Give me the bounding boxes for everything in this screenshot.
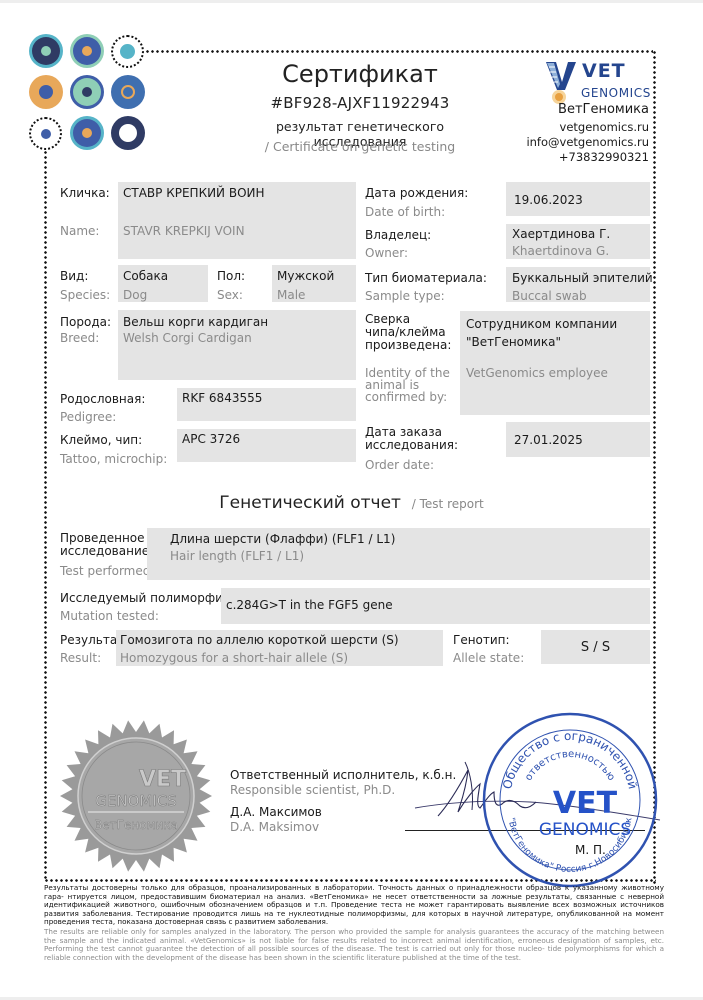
top-edge xyxy=(0,0,703,3)
sample-value-en: Buccal swab xyxy=(512,289,587,304)
embossed-seal-icon: VET GENOMICS ВетГеномика xyxy=(58,716,214,876)
breed-value-en: Welsh Corgi Cardigan xyxy=(123,331,252,346)
test-value-en: Hair length (FLF1 / L1) xyxy=(170,549,304,564)
test-label-en: Test performed: xyxy=(60,564,154,579)
signer-role-en: Responsible scientist, Ph.D. xyxy=(230,783,395,798)
result-label-en: Result: xyxy=(60,651,101,666)
order-date-label-en: Order date: xyxy=(365,458,434,473)
sex-value-ru: Мужской xyxy=(277,269,334,284)
test-value-ru: Длина шерсти (Флаффи) (FLF1 / L1) xyxy=(170,532,395,547)
stamp-place-label: М. П. xyxy=(575,843,606,858)
brand-name-ru: ВетГеномика xyxy=(558,102,649,117)
tattoo-label-en: Tattoo, microchip: xyxy=(60,452,167,467)
test-label-ru: Проведенное исследование: xyxy=(60,532,153,558)
brand-phone: +73832990321 xyxy=(559,150,649,164)
tattoo-label-ru: Клеймо, чип: xyxy=(60,433,142,448)
logo-genomics-text: GENOMICS xyxy=(581,86,651,100)
identity-value-en: VetGenomics employee xyxy=(466,366,608,381)
sex-value-en: Male xyxy=(277,288,305,303)
name-label-ru: Кличка: xyxy=(60,186,110,201)
brand-website[interactable]: vetgenomics.ru xyxy=(560,120,649,134)
logo-vet-text: VET xyxy=(582,60,626,82)
mutation-label-ru: Исследуемый полиморфизм: xyxy=(60,591,242,606)
dob-label-ru: Дата рождения: xyxy=(365,186,468,201)
brand-email[interactable]: info@vetgenomics.ru xyxy=(526,135,649,149)
pedigree-label-ru: Родословная: xyxy=(60,392,145,407)
disclaimer-en: The results are reliable only for sample… xyxy=(44,928,664,962)
result-value-ru: Гомозигота по аллелю короткой шерсти (S) xyxy=(120,633,399,648)
certificate-subtitle-en: / Certificate on genetic testing xyxy=(230,139,490,154)
order-date-value: 27.01.2025 xyxy=(514,433,583,448)
name-label-en: Name: xyxy=(60,224,99,239)
mutation-label-en: Mutation tested: xyxy=(60,609,159,624)
svg-text:ВетГеномика: ВетГеномика xyxy=(94,818,178,832)
sample-value-ru: Буккальный эпителий xyxy=(512,271,653,286)
frame-left-border xyxy=(44,150,47,880)
dob-label-en: Date of birth: xyxy=(365,205,445,220)
svg-text:GENOMICS: GENOMICS xyxy=(95,792,177,810)
signer-name-en: D.A. Maksimov xyxy=(230,820,319,835)
sex-label-ru: Пол: xyxy=(217,269,245,284)
identity-value-ru: Сотрудником компании "ВетГеномика" xyxy=(466,315,617,351)
svg-text:ответственностью: ответственностью xyxy=(523,749,617,783)
sex-label-en: Sex: xyxy=(217,288,243,303)
frame-top-border xyxy=(145,50,653,53)
breed-label-ru: Порода: xyxy=(60,315,111,330)
mutation-value: c.284G>T in the FGF5 gene xyxy=(226,598,393,613)
sample-label-ru: Тип биоматериала: xyxy=(365,271,487,286)
owner-value-ru: Хаертдинова Г. xyxy=(512,227,610,242)
svg-text:GENOMICS: GENOMICS xyxy=(539,820,631,840)
species-label-en: Species: xyxy=(60,288,110,303)
certificate-title: Сертификат xyxy=(230,60,490,88)
owner-label-en: Owner: xyxy=(365,246,408,261)
species-value-en: Dog xyxy=(123,288,147,303)
name-value-ru: СТАВР КРЕПКИЙ ВОИН xyxy=(123,186,265,201)
owner-label-ru: Владелец: xyxy=(365,228,431,243)
order-date-label-ru: Дата заказа исследования: xyxy=(365,426,458,452)
company-stamp-icon: Общество с ограниченной ответственностью… xyxy=(480,710,660,890)
dob-value: 19.06.2023 xyxy=(514,193,583,208)
identity-label-en: Identity of the animal is confirmed by: xyxy=(365,367,450,403)
svg-text:VET: VET xyxy=(139,767,186,792)
signer-name-ru: Д.А. Максимов xyxy=(230,805,322,820)
sample-label-en: Sample type: xyxy=(365,289,445,304)
identity-label-ru: Сверка чипа/клейма произведена: xyxy=(365,313,451,352)
genotype-label-en: Allele state: xyxy=(453,651,524,666)
owner-value-en: Khaertdinova G. xyxy=(512,244,609,259)
certificate-number: #BF928-AJXF11922943 xyxy=(230,94,490,112)
species-label-ru: Вид: xyxy=(60,269,88,284)
species-value-ru: Собака xyxy=(123,269,168,284)
report-title: Генетический отчет / Test report xyxy=(0,493,703,513)
breed-value-ru: Вельш корги кардиган xyxy=(123,315,268,330)
disclaimer-ru: Результаты достоверны только для образцо… xyxy=(44,884,664,927)
breed-label-en: Breed: xyxy=(60,331,99,346)
genotype-value: S / S xyxy=(541,640,650,655)
genotype-label-ru: Генотип: xyxy=(453,633,510,648)
svg-text:VET: VET xyxy=(553,786,618,821)
result-value-en: Homozygous for a short-hair allele (S) xyxy=(120,651,348,666)
tattoo-value: APC 3726 xyxy=(182,432,240,447)
pedigree-label-en: Pedigree: xyxy=(60,410,116,425)
pedigree-value: RKF 6843555 xyxy=(182,391,262,406)
name-value-en: STAVR KREPKIJ VOIN xyxy=(123,224,245,239)
